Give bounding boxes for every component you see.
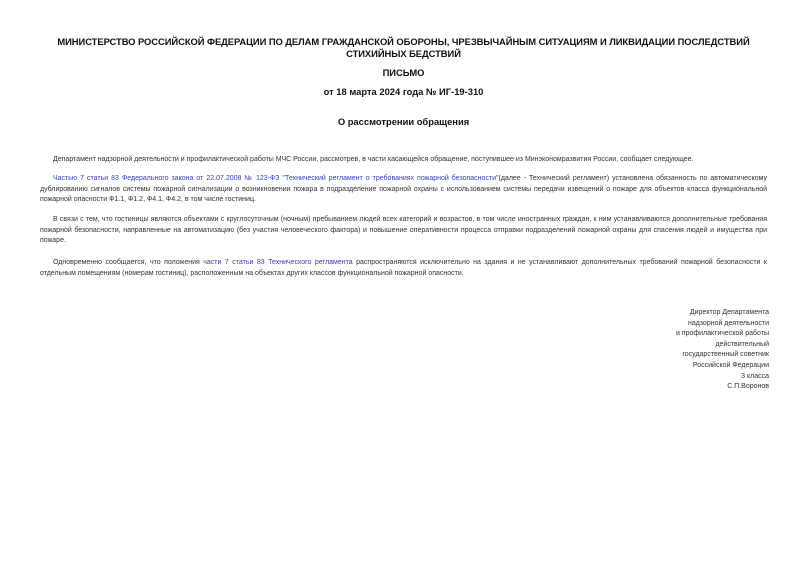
paragraph-text: Департамент надзорной деятельности и про… [53,156,694,163]
document-date-number: от 18 марта 2024 года № ИГ-19-310 [0,86,807,98]
document-subject: О рассмотрении обращения [0,116,807,128]
signature-line: 3 класса [676,372,769,383]
issuing-organization: МИНИСТЕРСТВО РОССИЙСКОЙ ФЕДЕРАЦИИ ПО ДЕЛ… [40,36,767,60]
signature-block: Директор Департамента надзорной деятельн… [676,308,769,393]
paragraph-hotels: В связи с тем, что гостиницы являются об… [40,215,767,247]
paragraph-clarification: Одновременно сообщается, что положения ч… [40,258,767,279]
technical-regulation-link[interactable]: части 7 статьи 83 Технического регламент… [203,259,352,266]
signature-line: Российской Федерации [676,361,769,372]
signature-line: надзорной деятельности [676,319,769,330]
federal-law-link[interactable]: Частью 7 статьи 83 Федерального закона о… [53,175,499,182]
document-page: МИНИСТЕРСТВО РОССИЙСКОЙ ФЕДЕРАЦИИ ПО ДЕЛ… [0,0,807,571]
signatory-name: С.П.Воронов [676,382,769,393]
signature-line: Директор Департамента [676,308,769,319]
paragraph-intro: Департамент надзорной деятельности и про… [40,155,767,166]
signature-line: государственный советник [676,350,769,361]
paragraph-federal-law: Частью 7 статьи 83 Федерального закона о… [40,174,767,206]
signature-line: действительный [676,340,769,351]
signature-line: и профилактической работы [676,329,769,340]
paragraph-text: Одновременно сообщается, что положения [53,259,203,266]
document-type: ПИСЬМО [0,67,807,79]
paragraph-text: В связи с тем, что гостиницы являются об… [40,216,767,244]
